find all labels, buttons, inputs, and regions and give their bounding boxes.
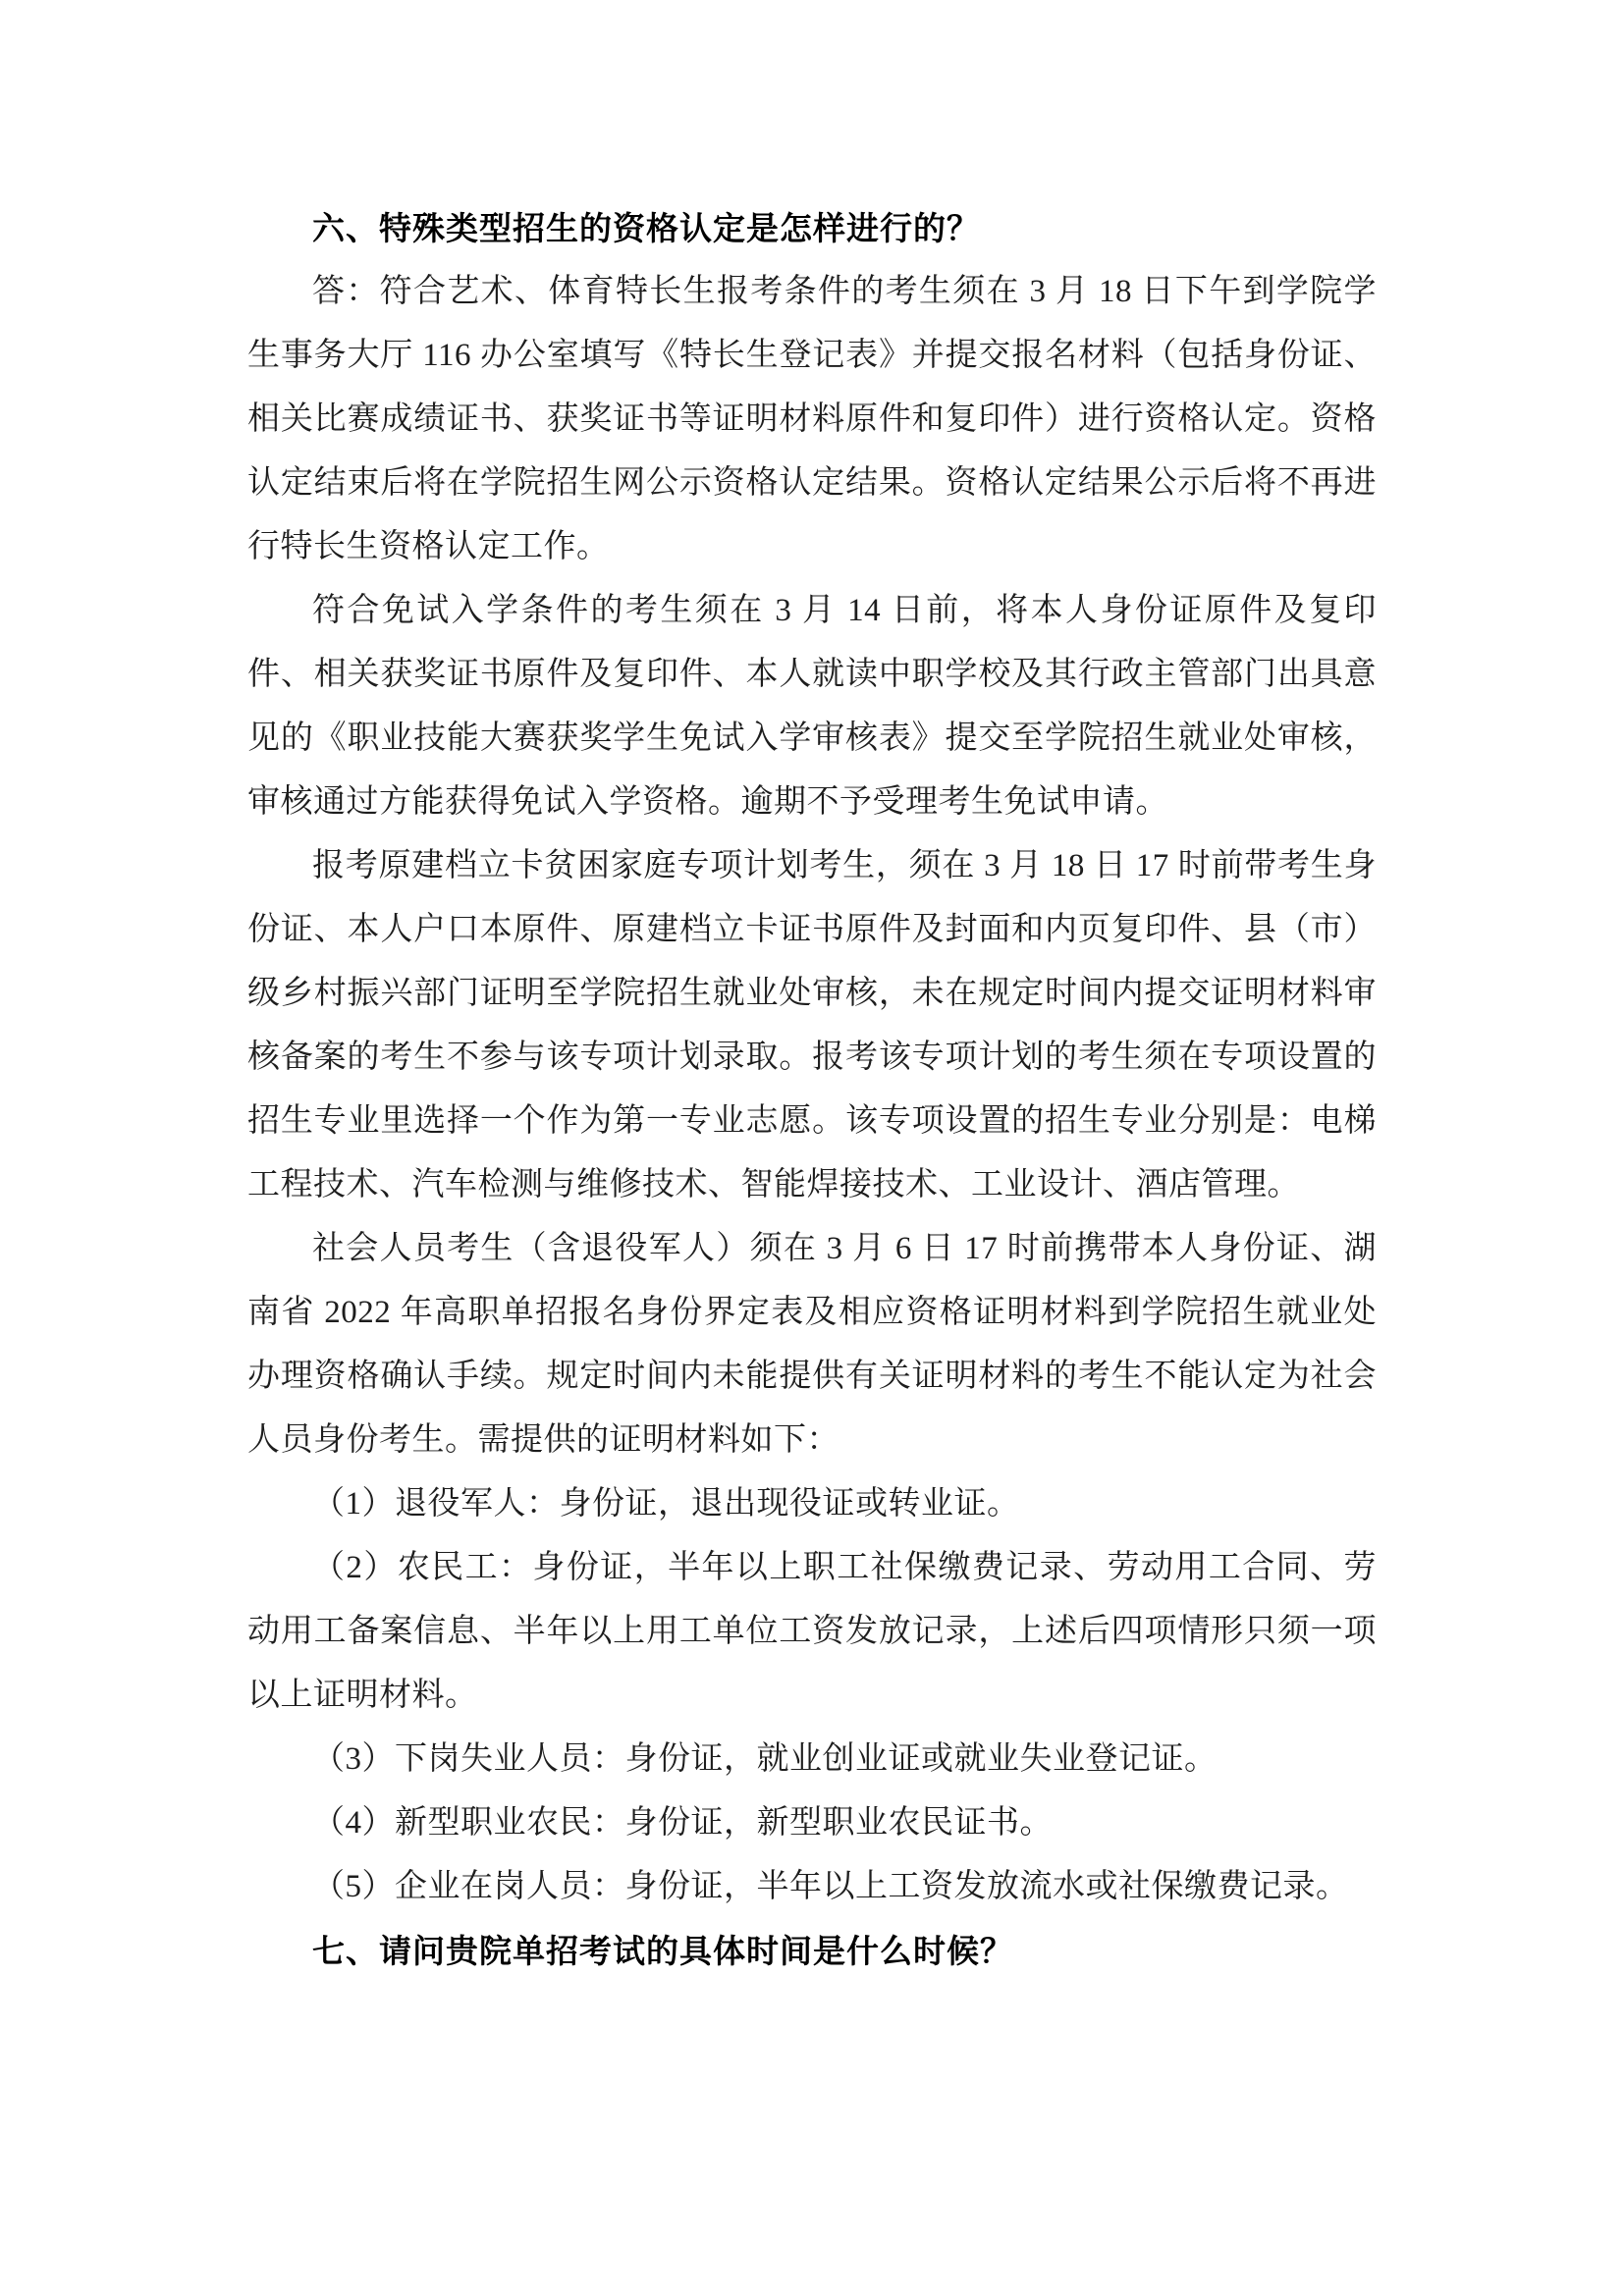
answer-paragraph-special-talent: 答：符合艺术、体育特长生报考条件的考生须在 3 月 18 日下午到学院学生事务大… — [247, 260, 1377, 579]
question-6-heading: 六、特殊类型招生的资格认定是怎样进行的？ — [247, 196, 1377, 260]
evidence-item-veteran: （1）退役军人：身份证，退出现役证或转业证。 — [247, 1472, 1377, 1536]
question-7-heading: 七、请问贵院单招考试的具体时间是什么时候？ — [247, 1919, 1377, 1983]
evidence-item-employed-staff: （5）企业在岗人员：身份证，半年以上工资发放流水或社保缴费记录。 — [247, 1855, 1377, 1919]
evidence-item-migrant-worker: （2）农民工：身份证，半年以上职工社保缴费记录、劳动用工合同、劳动用工备案信息、… — [247, 1536, 1377, 1728]
document-page: 六、特殊类型招生的资格认定是怎样进行的？ 答：符合艺术、体育特长生报考条件的考生… — [0, 0, 1624, 2296]
answer-paragraph-exam-exemption: 符合免试入学条件的考生须在 3 月 14 日前，将本人身份证原件及复印件、相关获… — [247, 579, 1377, 834]
evidence-item-new-professional-farmer: （4）新型职业农民：身份证，新型职业农民证书。 — [247, 1791, 1377, 1855]
answer-paragraph-social-candidates: 社会人员考生（含退役军人）须在 3 月 6 日 17 时前携带本人身份证、湖南省… — [247, 1217, 1377, 1472]
document-body: 六、特殊类型招生的资格认定是怎样进行的？ 答：符合艺术、体育特长生报考条件的考生… — [247, 196, 1377, 1983]
evidence-item-laid-off: （3）下岗失业人员：身份证，就业创业证或就业失业登记证。 — [247, 1728, 1377, 1791]
answer-paragraph-poverty-special-plan: 报考原建档立卡贫困家庭专项计划考生，须在 3 月 18 日 17 时前带考生身份… — [247, 834, 1377, 1217]
